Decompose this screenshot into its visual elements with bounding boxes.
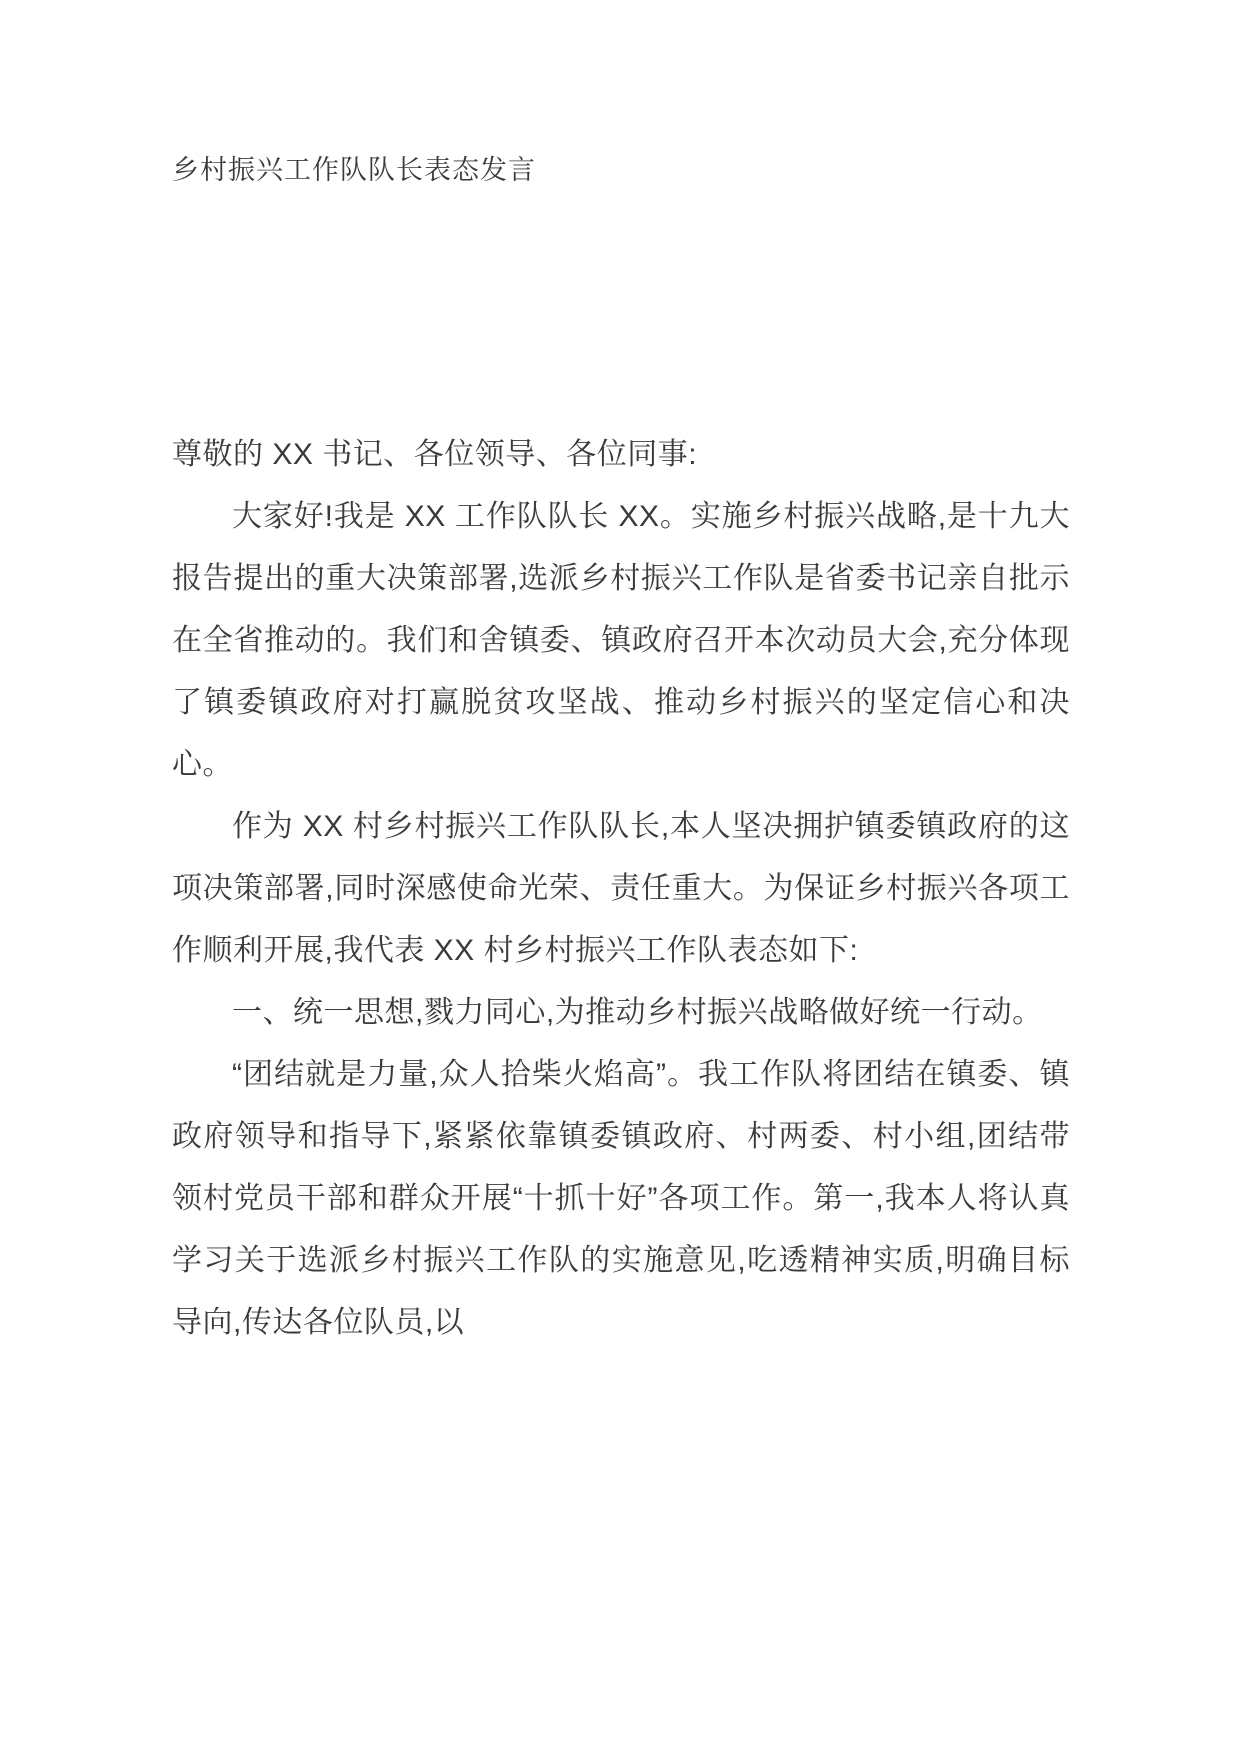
document-title: 乡村振兴工作队队长表态发言 — [172, 150, 1070, 190]
paragraph-commitment: 作为 XX 村乡村振兴工作队队长,本人坚决拥护镇委镇政府的这项决策部署,同时深感… — [172, 796, 1070, 982]
paragraph-salutation: 尊敬的 XX 书记、各位领导、各位同事: — [172, 424, 1070, 486]
paragraph-intro: 大家好!我是 XX 工作队队长 XX。实施乡村振兴战略,是十九大报告提出的重大决… — [172, 486, 1070, 796]
document-body: 尊敬的 XX 书记、各位领导、各位同事: 大家好!我是 XX 工作队队长 XX。… — [172, 424, 1070, 1354]
paragraph-point-one-body: “团结就是力量,众人拾柴火焰高”。我工作队将团结在镇委、镇政府领导和指导下,紧紧… — [172, 1044, 1070, 1354]
document-page: 乡村振兴工作队队长表态发言 尊敬的 XX 书记、各位领导、各位同事: 大家好!我… — [0, 0, 1241, 1755]
paragraph-point-one-heading: 一、统一思想,戮力同心,为推动乡村振兴战略做好统一行动。 — [172, 982, 1070, 1044]
